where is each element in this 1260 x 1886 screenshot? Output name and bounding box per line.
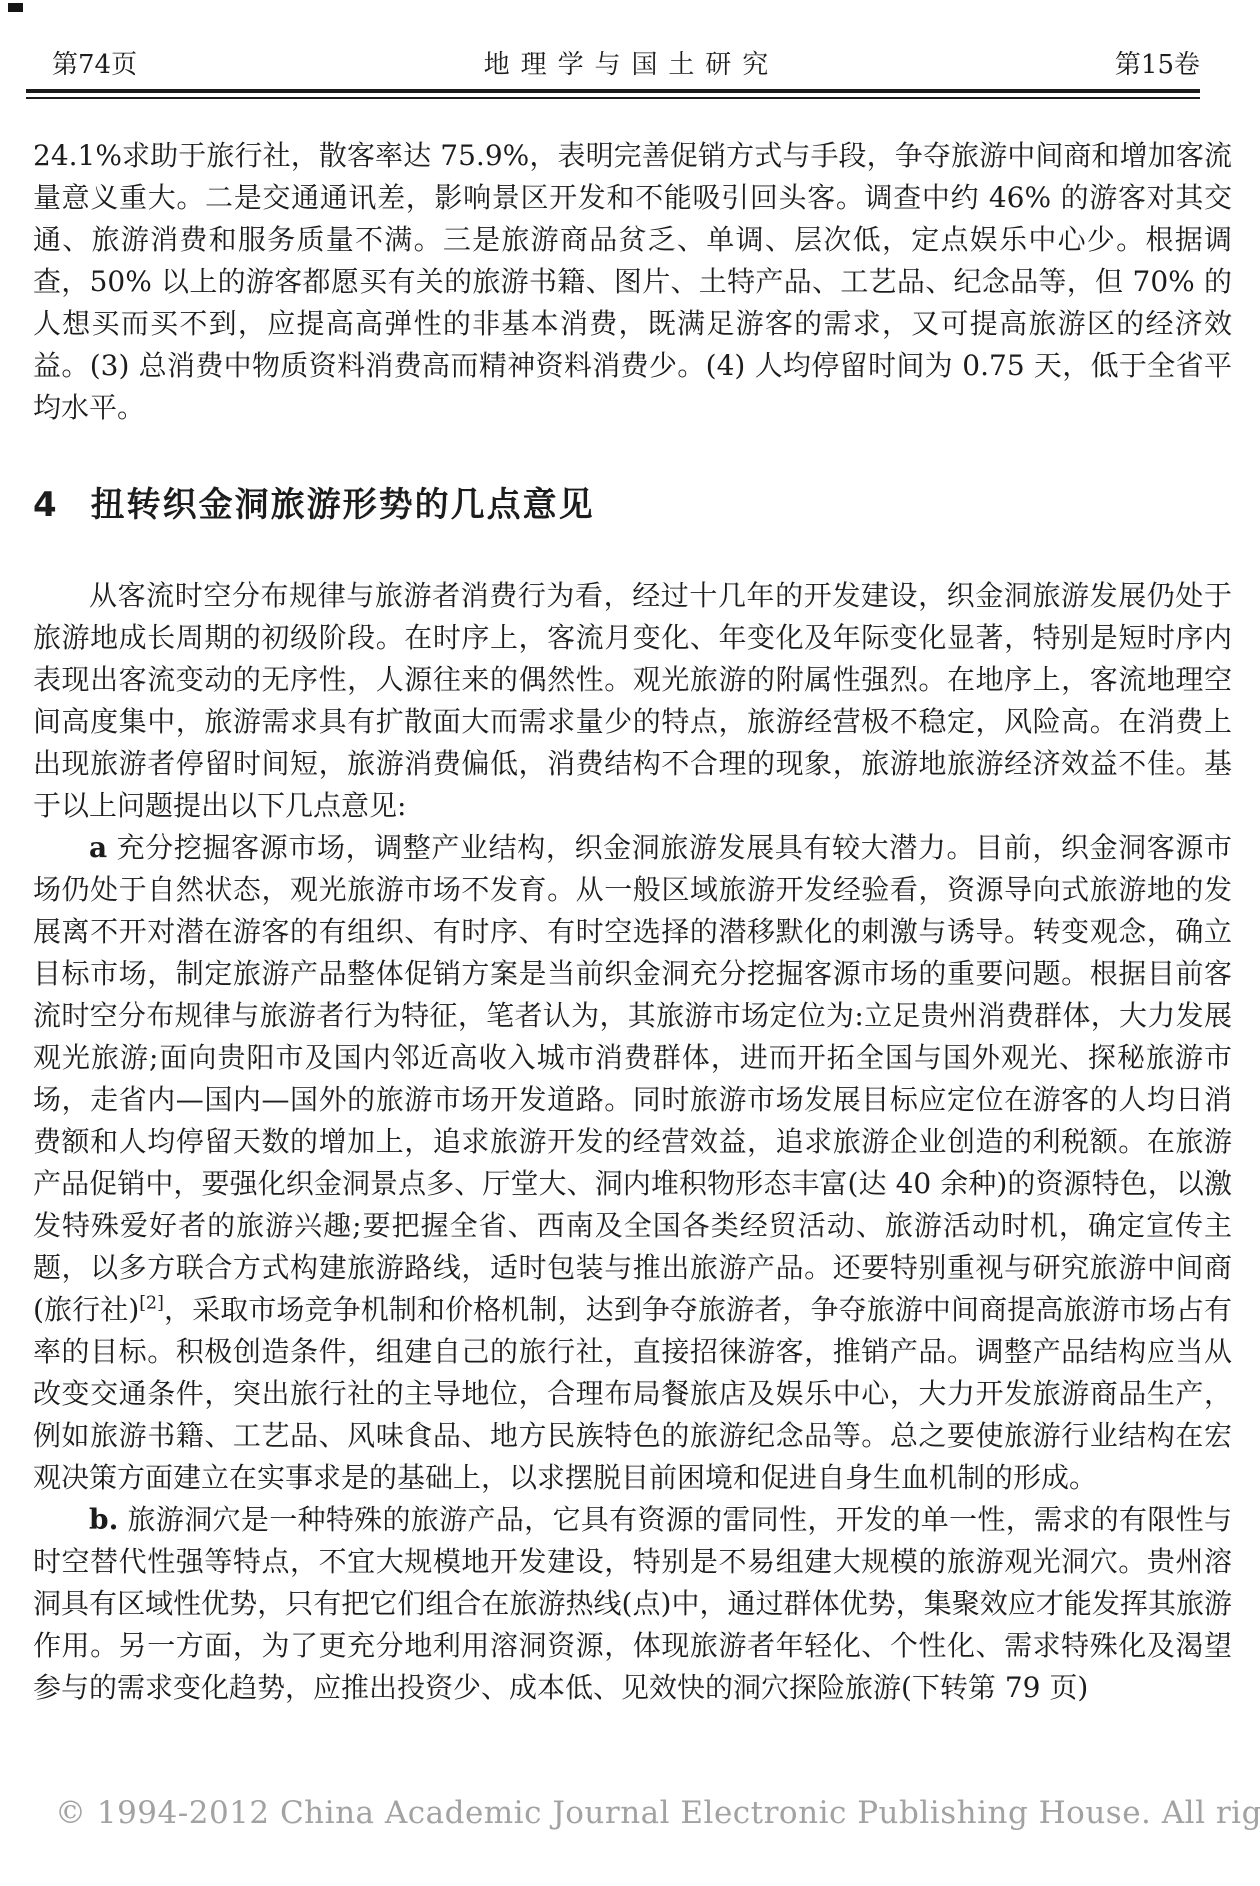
article-body: 24.1%求助于旅行社，散客率达 75.9%，表明完善促销方式与手段，争夺旅游中… xyxy=(0,135,1260,1709)
section-heading: 4扭转织金洞旅游形势的几点意见 xyxy=(33,485,1232,525)
citation-ref-2: [2] xyxy=(139,1294,164,1314)
page-header: 第74页 地理学与国土研究 第15卷 xyxy=(0,0,1260,80)
suggestion-a-text-before-ref: 充分挖掘客源市场，调整产业结构，织金洞旅游发展具有较大潜力。目前，织金洞客源市场… xyxy=(33,831,1232,1326)
header-journal-title: 地理学与国土研究 xyxy=(473,50,779,80)
paragraph-suggestion-b: b. 旅游洞穴是一种特殊的旅游产品，它具有资源的雷同性，开发的单一性，需求的有限… xyxy=(33,1499,1232,1709)
copyright-notice: © 1994-2012 China Academic Journal Elect… xyxy=(55,1795,1260,1831)
paragraph-overview: 从客流时空分布规律与旅游者消费行为看，经过十几年的开发建设，织金洞旅游发展仍处于… xyxy=(33,575,1232,827)
header-page-number: 第74页 xyxy=(52,50,137,80)
paragraph-continuation: 24.1%求助于旅行社，散客率达 75.9%，表明完善促销方式与手段，争夺旅游中… xyxy=(33,135,1232,429)
header-volume-label: 第15卷 xyxy=(1115,50,1200,80)
paragraph-suggestion-a: a 充分挖掘客源市场，调整产业结构，织金洞旅游发展具有较大潜力。目前，织金洞客源… xyxy=(33,827,1232,1499)
page-footer: © 1994-2012 China Academic Journal Elect… xyxy=(55,1795,1260,1831)
section-title: 扭转织金洞旅游形势的几点意见 xyxy=(91,485,595,525)
suggestion-b-text: 旅游洞穴是一种特殊的旅游产品，它具有资源的雷同性，开发的单一性，需求的有限性与时… xyxy=(33,1503,1232,1704)
scan-artifact-mark xyxy=(8,3,23,12)
list-marker-b: b. xyxy=(89,1503,118,1536)
list-marker-a: a xyxy=(89,831,107,864)
suggestion-a-text-after-ref: ，采取市场竞争机制和价格机制，达到争夺旅游者，争夺旅游中间商提高旅游市场占有率的… xyxy=(33,1293,1232,1494)
section-number: 4 xyxy=(33,485,57,525)
header-double-rule xyxy=(26,89,1200,99)
journal-page: 第74页 地理学与国土研究 第15卷 24.1%求助于旅行社，散客率达 75.9… xyxy=(0,0,1260,1886)
